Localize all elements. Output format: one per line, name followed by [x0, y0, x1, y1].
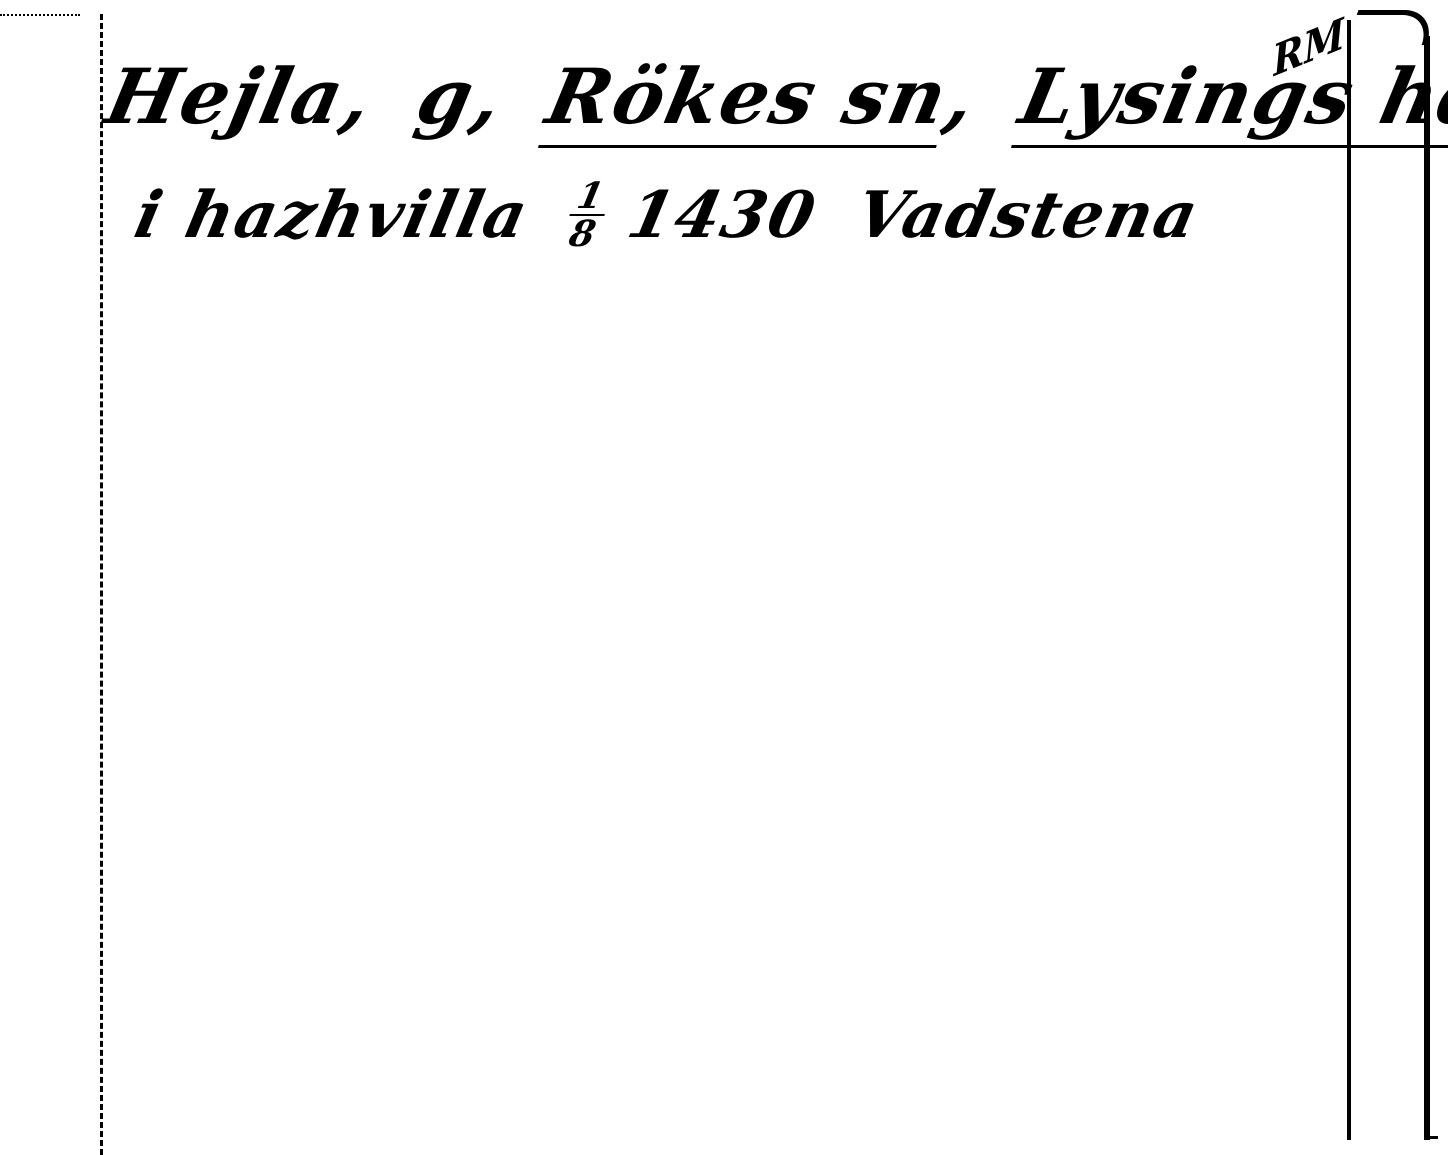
date-fraction-numerator: 1	[570, 178, 613, 216]
entry-line-2: i hazhvilla 1 8 1430 Vadstena	[128, 178, 1206, 258]
date-fraction-denominator: 8	[562, 216, 605, 252]
prefix-word: i	[129, 178, 171, 253]
card-right-edge-inner	[1347, 20, 1351, 1140]
card-left-edge	[100, 14, 103, 1155]
district-name: Lysings hd	[1011, 52, 1448, 148]
index-card: Hejla, g, Rökes sn, Lysings hd, ögl. RM …	[0, 0, 1448, 1155]
attested-form: hazhvilla	[179, 178, 535, 253]
date-fraction: 1 8	[562, 178, 613, 252]
parish-name: Rökes sn	[538, 52, 957, 148]
card-right-edge-outer	[1424, 36, 1430, 1140]
card-right-edge-curl	[1346, 10, 1440, 45]
headword: Hejla	[99, 52, 354, 141]
year: 1430	[621, 178, 823, 253]
top-edge-dots	[0, 14, 80, 16]
card-right-edge-bottom	[1424, 1136, 1438, 1139]
entry-line-1: Hejla, g, Rökes sn, Lysings hd, ögl.	[99, 52, 1448, 141]
place-name: Vadstena	[850, 178, 1206, 253]
